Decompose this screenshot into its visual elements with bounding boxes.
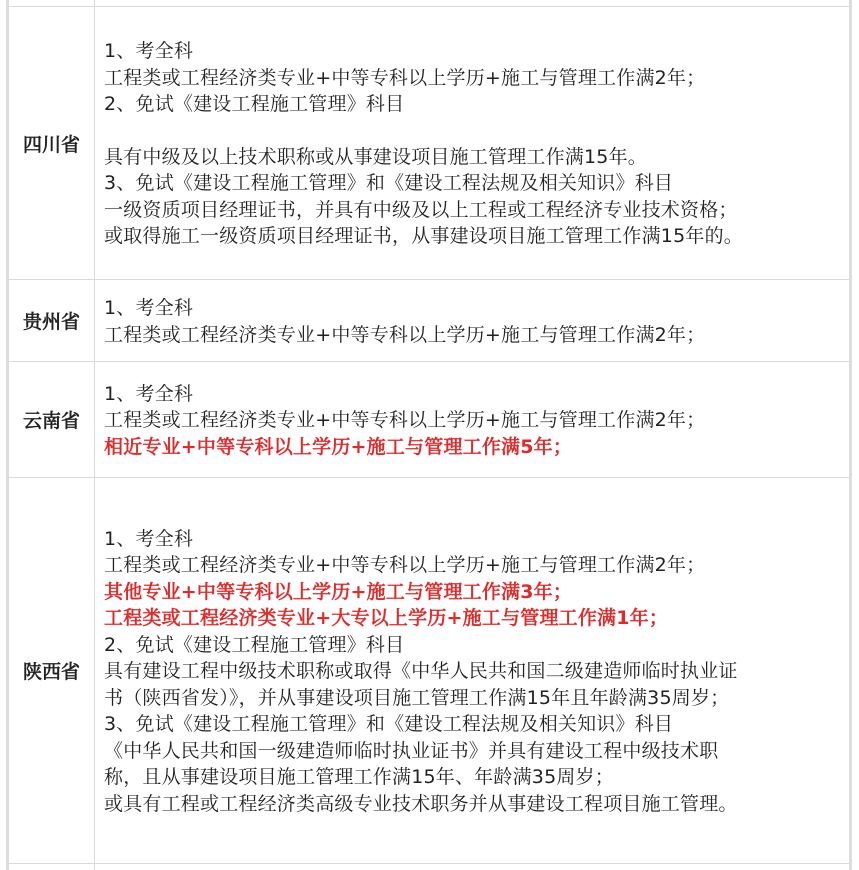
province-cell: 云南省 bbox=[9, 362, 95, 478]
table-row-sichuan: 四川省 1、考全科 工程类或工程经济类专业+中等专科以上学历+施工与管理工作满2… bbox=[9, 7, 849, 280]
requirement-line: 书（陕西省发）》，并从事建设项目施工管理工作满15年且年龄满35周岁； bbox=[104, 685, 849, 712]
requirements-cell: 1、考全科 工程类或工程经济类专业+中等专科以上学历+施工与管理工作满2年； 2… bbox=[95, 7, 850, 280]
table-row-yunnan: 云南省 1、考全科 工程类或工程经济类专业+中等专科以上学历+施工与管理工作满2… bbox=[9, 362, 849, 478]
requirements-cell: 1、考全科 工程类或工程经济类专业+中等专科以上学历+施工与管理工作满2年； bbox=[95, 280, 850, 362]
requirement-line: 一级资质项目经理证书，并具有中级及以上工程或工程经济专业技术资格； bbox=[104, 197, 849, 224]
requirement-line: 3、免试《建设工程施工管理》和《建设工程法规及相关知识》科目 bbox=[104, 711, 849, 738]
province-cell: 贵州省 bbox=[9, 280, 95, 362]
table-row-shaanxi: 陕西省 1、考全科 工程类或工程经济类专业+中等专科以上学历+施工与管理工作满2… bbox=[9, 478, 849, 864]
requirement-line: 1、考全科 bbox=[104, 381, 849, 408]
requirement-line: 《中华人民共和国一级建造师临时执业证书》并具有建设工程中级技术职 bbox=[104, 738, 849, 765]
requirement-line: 2、免试《建设工程施工管理》科目 bbox=[104, 632, 849, 659]
requirements-cell: 1、考全科 工程类或工程经济类专业+中等专科以上学历+施工与管理工作满2年； 相… bbox=[95, 362, 850, 478]
requirement-line: 工程类或工程经济类专业+中等专科以上学历+施工与管理工作满2年； bbox=[104, 552, 849, 579]
requirement-line: 工程类或工程经济类专业+中等专科以上学历+施工与管理工作满2年； bbox=[104, 65, 849, 92]
requirement-line: 2、免试《建设工程施工管理》科目 bbox=[104, 91, 849, 118]
requirement-line: 1、考全科 bbox=[104, 295, 849, 322]
exam-requirements-table: 四川省 1、考全科 工程类或工程经济类专业+中等专科以上学历+施工与管理工作满2… bbox=[9, 6, 849, 864]
requirement-line: 具有中级及以上技术职称或从事建设项目施工管理工作满15年。 bbox=[104, 144, 849, 171]
province-cell: 四川省 bbox=[9, 7, 95, 280]
next-row-remnant bbox=[9, 864, 849, 870]
highlighted-requirement-line: 工程类或工程经济类专业+大专以上学历+施工与管理工作满1年； bbox=[104, 605, 849, 632]
requirement-line: 工程类或工程经济类专业+中等专科以上学历+施工与管理工作满2年； bbox=[104, 322, 849, 349]
table-row-guizhou: 贵州省 1、考全科 工程类或工程经济类专业+中等专科以上学历+施工与管理工作满2… bbox=[9, 280, 849, 362]
requirement-line: 具有建设工程中级技术职称或取得《中华人民共和国二级建造师临时执业证 bbox=[104, 658, 849, 685]
requirement-line: 或具有工程或工程经济类高级专业技术职务并从事建设工程项目施工管理。 bbox=[104, 791, 849, 818]
highlighted-requirement-line: 相近专业+中等专科以上学历+施工与管理工作满5年； bbox=[104, 434, 849, 461]
requirement-line: 工程类或工程经济类专业+中等专科以上学历+施工与管理工作满2年； bbox=[104, 407, 849, 434]
requirement-line: 或取得施工一级资质项目经理证书，从事建设项目施工管理工作满15年的。 bbox=[104, 223, 849, 250]
requirement-line: 1、考全科 bbox=[104, 526, 849, 553]
requirement-line: 3、免试《建设工程施工管理》和《建设工程法规及相关知识》科目 bbox=[104, 170, 849, 197]
requirements-cell: 1、考全科 工程类或工程经济类专业+中等专科以上学历+施工与管理工作满2年； 其… bbox=[95, 478, 850, 864]
requirement-line: 1、考全科 bbox=[104, 38, 849, 65]
requirement-line: 称，且从事建设项目施工管理工作满15年、年龄满35周岁； bbox=[104, 764, 849, 791]
highlighted-requirement-line: 其他专业+中等专科以上学历+施工与管理工作满3年； bbox=[104, 579, 849, 606]
province-cell: 陕西省 bbox=[9, 478, 95, 864]
